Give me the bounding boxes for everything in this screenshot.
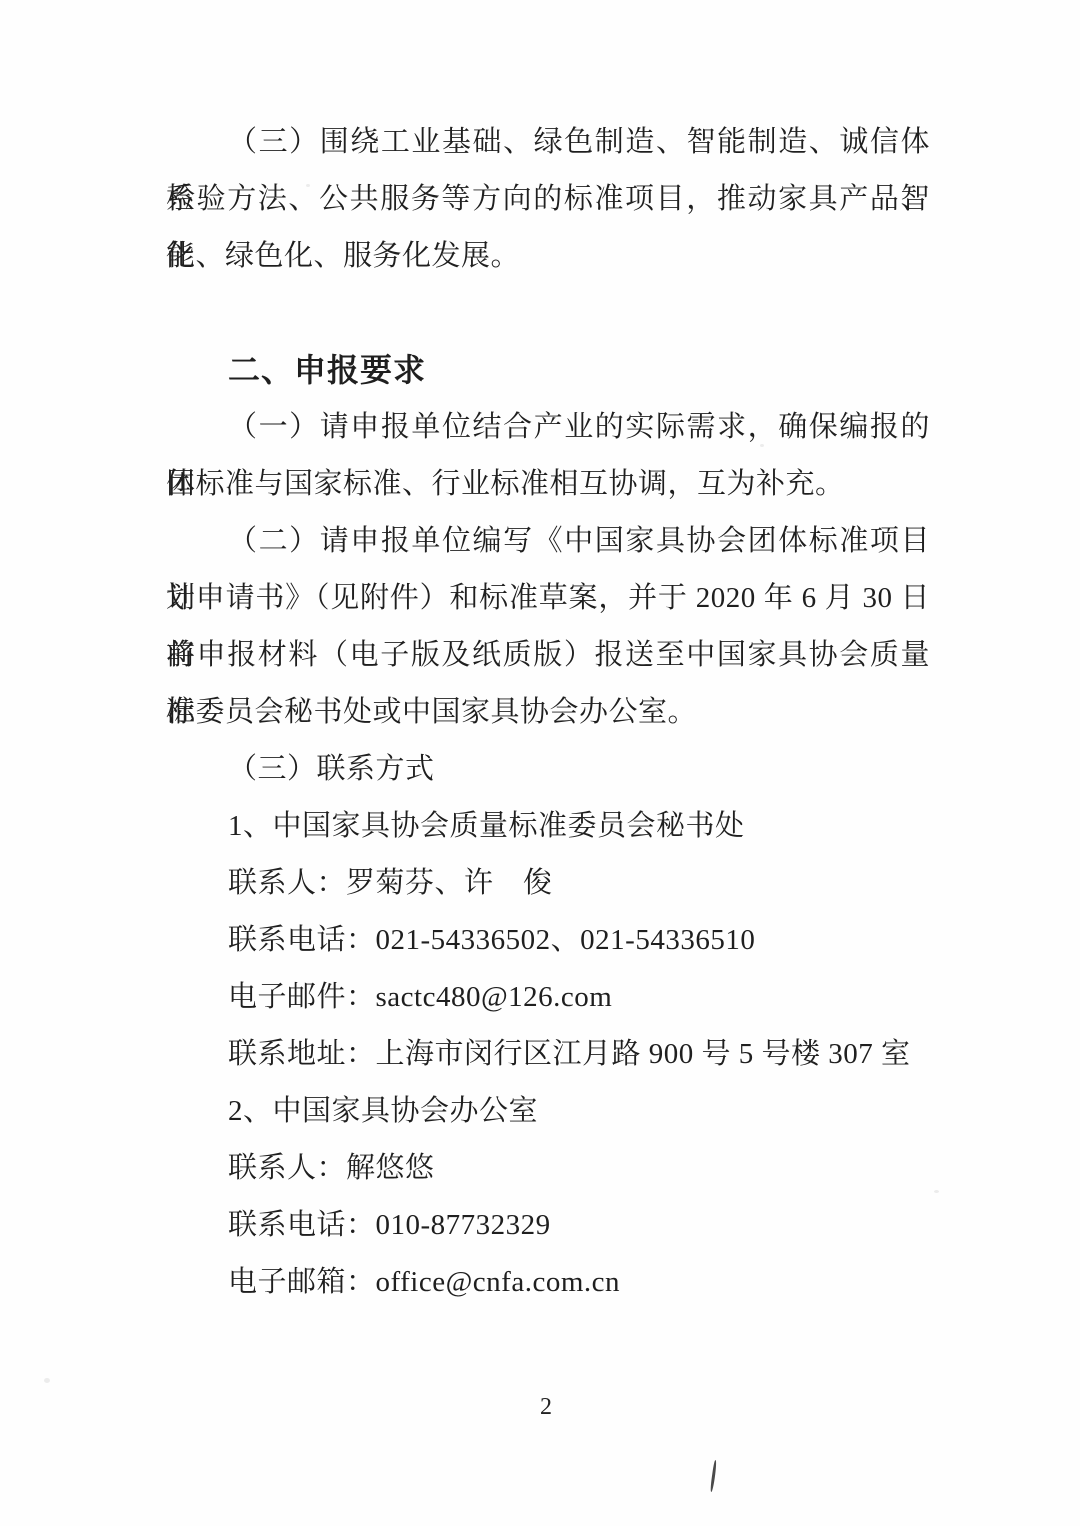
contact1-email: 电子邮件：sactc480@126.com	[166, 969, 930, 1026]
para-item-1-line-2: 体标准与国家标准、行业标准相互协调，互为补充。	[166, 456, 930, 513]
scan-speckle	[44, 1378, 50, 1383]
para-standards-direction-line-3: 化、绿色化、服务化发展。	[166, 228, 930, 285]
scan-speckle	[760, 444, 764, 447]
para-item-2-line-1: （二）请申报单位编写《中国家具协会团体标准项目计	[166, 513, 930, 570]
para-standards-direction-line-1: （三）围绕工业基础、绿色制造、智能制造、诚信体系、	[166, 114, 930, 171]
para-item-2-line-2: 划申请书》（见附件）和标准草案，并于 2020 年 6 月 30 日前	[166, 570, 930, 627]
contact1-person: 联系人：罗菊芬、许 俊	[166, 855, 930, 912]
contact2-email: 电子邮箱：office@cnfa.com.cn	[166, 1254, 930, 1311]
para-item-1-line-1: （一）请申报单位结合产业的实际需求，确保编报的团	[166, 399, 930, 456]
pen-stroke-artifact	[710, 1460, 717, 1492]
scan-speckle	[306, 184, 310, 187]
document-body: （三）围绕工业基础、绿色制造、智能制造、诚信体系、 检验方法、公共服务等方向的标…	[166, 114, 930, 1311]
page-number: 2	[0, 1392, 1080, 1422]
para-item-2-line-3: 将申报材料（电子版及纸质版）报送至中国家具协会质量标	[166, 627, 930, 684]
para-standards-direction-line-2: 检验方法、公共服务等方向的标准项目，推动家具产品智能	[166, 171, 930, 228]
scan-speckle	[934, 1190, 939, 1193]
para-item-3-contact-heading: （三）联系方式	[166, 741, 930, 798]
contact1-title: 1、中国家具协会质量标准委员会秘书处	[166, 798, 930, 855]
contact2-phone: 联系电话：010-87732329	[166, 1197, 930, 1254]
contact1-address: 联系地址：上海市闵行区江月路 900 号 5 号楼 307 室	[166, 1026, 930, 1083]
contact2-title: 2、中国家具协会办公室	[166, 1083, 930, 1140]
para-item-2-line-4: 准委员会秘书处或中国家具协会办公室。	[166, 684, 930, 741]
section-heading-application-requirements: 二、申报要求	[166, 342, 930, 399]
blank-line	[166, 285, 930, 342]
contact1-phone: 联系电话：021-54336502、021-54336510	[166, 912, 930, 969]
contact2-person: 联系人：解悠悠	[166, 1140, 930, 1197]
scanned-document-page: （三）围绕工业基础、绿色制造、智能制造、诚信体系、 检验方法、公共服务等方向的标…	[0, 0, 1080, 1526]
